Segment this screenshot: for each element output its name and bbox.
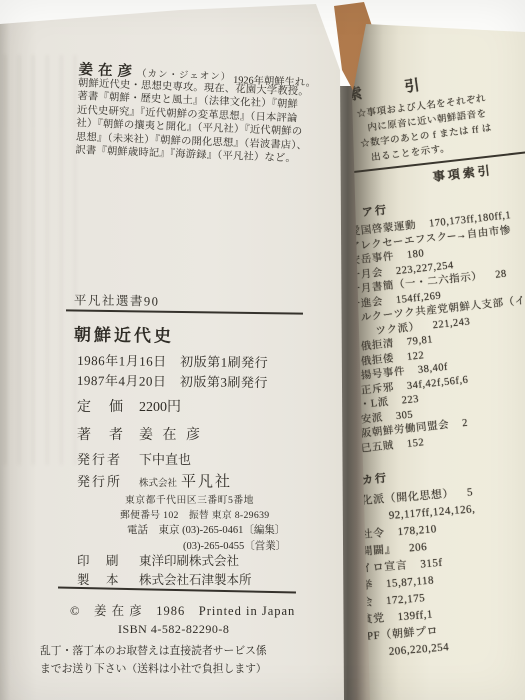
index-pages: 180	[406, 248, 424, 261]
index-pages: 172,175	[386, 592, 426, 607]
series-label: 平凡社選書90	[74, 290, 160, 309]
return-policy-line-2: までお送り下さい（送料は小社で負担します）	[40, 661, 267, 676]
author-label: 著 者	[77, 424, 139, 444]
publisher-postal: 郵便番号 102 振替 東京 8-29639	[120, 507, 269, 521]
index-group-a: ア行 愛国啓蒙運動170,173ff,180ff,1アレクセーエフスク─→自由市…	[350, 204, 525, 458]
index-entry-list: ア行 愛国啓蒙運動170,173ff,180ff,1アレクセーエフスク─→自由市…	[350, 204, 525, 664]
copyright-line: © 姜 在 彦 1986 Printed in Japan	[70, 601, 295, 619]
index-pages: 221,243	[432, 316, 471, 331]
index-pages: 2	[462, 418, 469, 430]
book-photo: 姜在彦（カン・ジェオン）1926年朝鮮生れ。 朝鮮近代史・思想史専攻。現在、花園…	[0, 0, 525, 700]
printer-value: 東洋印刷株式会社	[139, 554, 239, 568]
index-term	[375, 511, 376, 523]
index-pages: 79,81	[406, 334, 433, 348]
edition-line: 1986年1月16日 初版第1刷発行	[77, 351, 268, 373]
binder-label: 製 本	[77, 570, 139, 588]
index-pages	[523, 223, 524, 234]
index-pages: 206,220,254	[388, 641, 449, 658]
author-bio-text: 朝鮮近代史・思想史専攻。現在、花園大学教授。著書『朝鮮・歴史と風土』（法律文化社…	[75, 77, 320, 167]
binder-row: 製 本株式会社石津製本所	[77, 570, 252, 588]
index-pages: 305	[395, 409, 413, 422]
index-pages: 223	[401, 394, 419, 407]
index-pages: 5	[467, 486, 474, 498]
phone-editorial: 電話 東京 (03)-265-0461〔編集〕	[127, 522, 285, 537]
index-pages: 178,210	[397, 523, 437, 538]
publisher-name: 平凡社	[181, 474, 232, 490]
index-pages: 206	[409, 541, 428, 554]
colophon-rule-top	[66, 309, 303, 314]
page-showthrough	[4, 55, 76, 465]
index-usage-notes: ☆事項および人名をそれぞれ内に原音に近い朝鮮語音を☆数字のあとの f または f…	[356, 92, 495, 168]
publisher-row: 発行所株式会社平凡社	[77, 470, 232, 491]
index-group-header-a: ア行	[361, 201, 389, 220]
publisher-prefix: 株式会社	[139, 479, 177, 489]
isbn-line: ISBN 4-582-82290-8	[118, 622, 229, 637]
publisher-label: 発行所	[77, 471, 139, 490]
price-label: 定 価	[77, 396, 139, 416]
publisher-address: 東京都千代田区三番町5番地	[125, 492, 254, 506]
publisher-person-value: 下中直也	[139, 452, 191, 467]
index-entries-a: 愛国啓蒙運動170,173ff,180ff,1アレクセーエフスク─→自由市惨安岳…	[350, 226, 525, 458]
edition-dates: 1986年1月16日 初版第1刷発行1987年4月20日 初版第3刷発行	[77, 351, 268, 393]
index-pages: 122	[406, 350, 424, 363]
index-pages	[451, 624, 452, 636]
publisher-person-label: 発行者	[77, 449, 139, 468]
index-pages: 28	[495, 269, 508, 281]
publisher-person-row: 発行者下中直也	[77, 449, 191, 468]
index-pages: 315f	[420, 557, 443, 571]
author-bio: 姜在彦（カン・ジェオン）1926年朝鮮生れ。 朝鮮近代史・思想史専攻。現在、花園…	[75, 58, 321, 167]
printer-label: 印 刷	[77, 551, 139, 569]
price-row: 定 価2200円	[77, 396, 181, 416]
binder-value: 株式会社石津製本所	[139, 573, 252, 587]
price-value: 2200円	[139, 400, 181, 415]
edition-line: 1987年4月20日 初版第3刷発行	[77, 371, 268, 393]
return-policy-line-1: 乱丁・落丁本のお取替えは直接読者サービス係	[40, 643, 267, 658]
index-entries-ka: 開化派（開化思想）592,117ff,124,126,会社令178,210『開闢…	[350, 494, 525, 664]
index-group-header-ka: カ行	[361, 469, 389, 488]
index-pages: 139ff,1	[397, 608, 433, 623]
author-value: 姜 在 彦	[139, 428, 203, 443]
printer-row: 印 刷東洋印刷株式会社	[77, 551, 239, 569]
index-term	[375, 647, 376, 659]
book-title: 朝鮮近代史	[74, 320, 174, 346]
index-group-ka: カ行 開化派（開化思想）592,117ff,124,126,会社令178,210…	[350, 472, 525, 664]
author-row: 著 者姜 在 彦	[77, 424, 203, 444]
index-pages: 15,87,118	[386, 574, 435, 590]
index-pages: 152	[406, 437, 424, 450]
index-pages: 38,40f	[417, 362, 448, 376]
